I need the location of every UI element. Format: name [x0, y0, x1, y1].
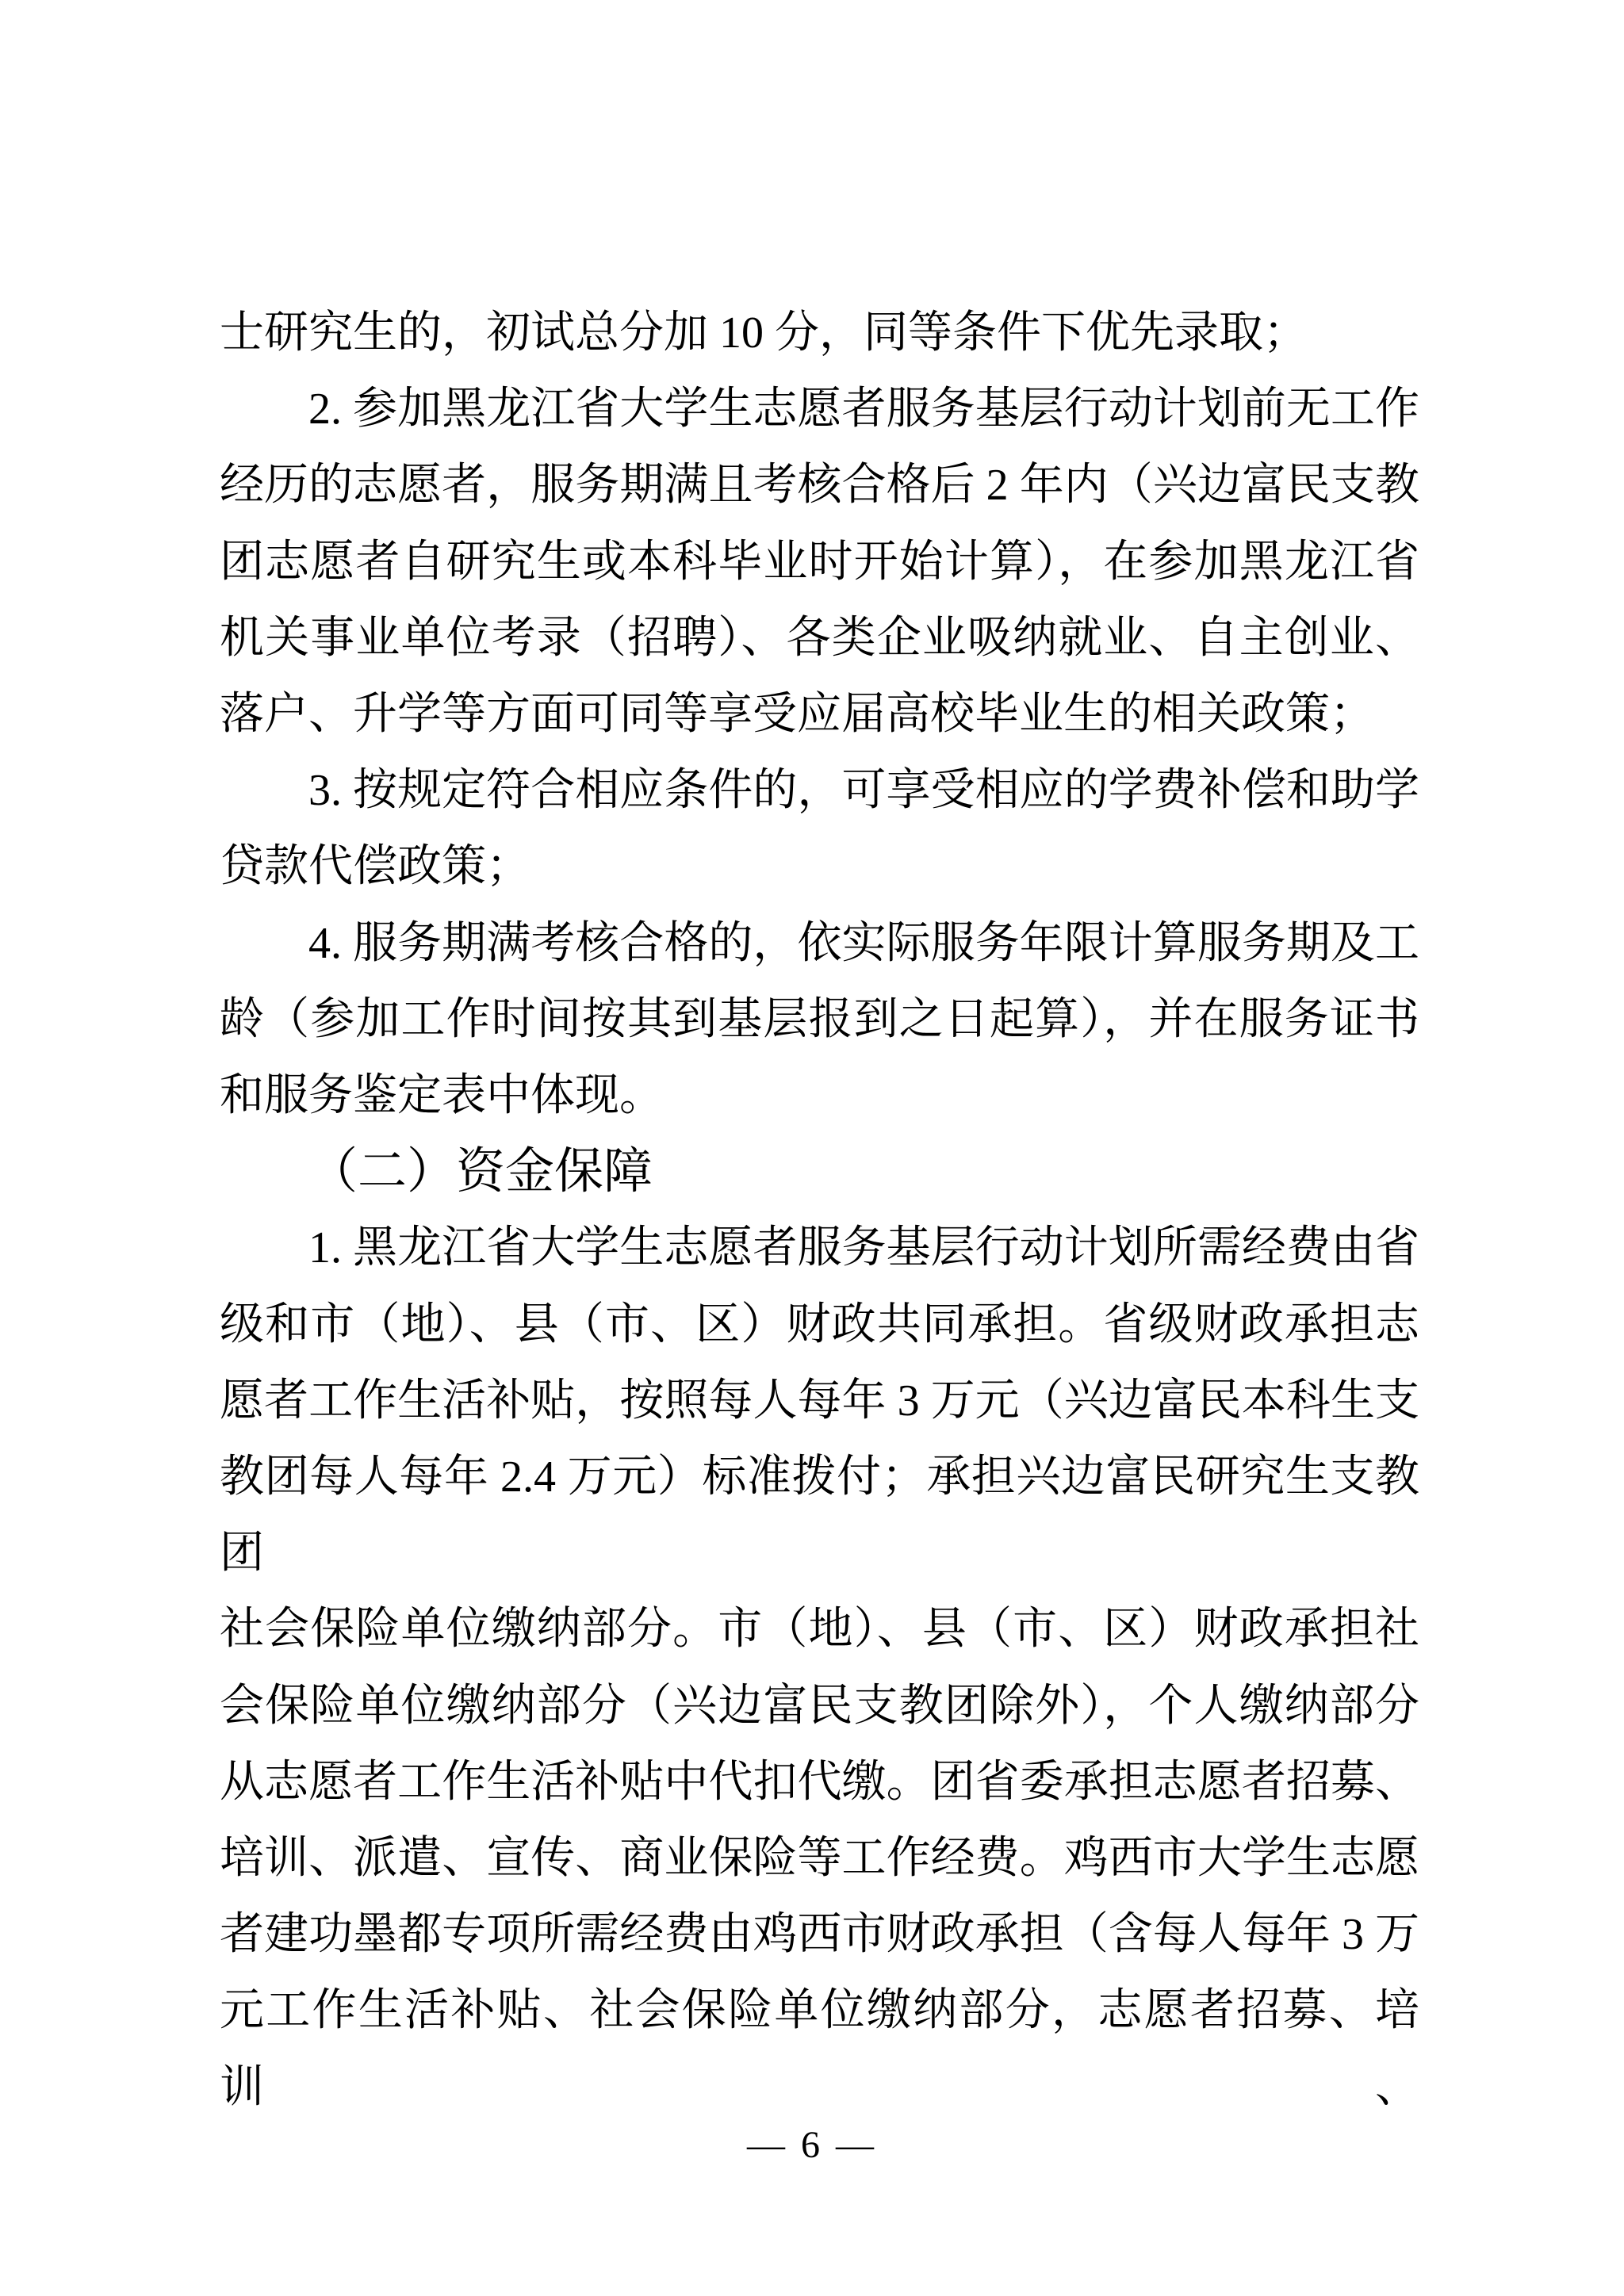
text-line: 3. 按规定符合相应条件的，可享受相应的学费补偿和助学 [220, 752, 1419, 828]
text-line: 社会保险单位缴纳部分。市（地）、县（市、区）财政承担社 [220, 1591, 1419, 1667]
text-line: 级和市（地）、县（市、区）财政共同承担。省级财政承担志 [220, 1287, 1419, 1363]
text-line: 愿者工作生活补贴，按照每人每年 3 万元（兴边富民本科生支 [220, 1363, 1419, 1439]
page-footer: — 6 — [0, 2122, 1624, 2169]
document-page: 士研究生的，初试总分加 10 分，同等条件下优先录取； 2. 参加黑龙江省大学生… [0, 0, 1624, 2296]
text-line: 机关事业单位考录（招聘）、各类企业吸纳就业、自主创业、 [220, 600, 1419, 676]
text-line: 从志愿者工作生活补贴中代扣代缴。团省委承担志愿者招募、 [220, 1744, 1419, 1820]
text-line: 士研究生的，初试总分加 10 分，同等条件下优先录取； [220, 295, 1419, 371]
text-line: 2. 参加黑龙江省大学生志愿者服务基层行动计划前无工作 [220, 371, 1419, 447]
text-line: 者建功墨都专项所需经费由鸡西市财政承担（含每人每年 3 万 [220, 1896, 1419, 1973]
text-line: 会保险单位缴纳部分（兴边富民支教团除外），个人缴纳部分 [220, 1668, 1419, 1744]
text-line: 教团每人每年 2.4 万元）标准拨付；承担兴边富民研究生支教团 [220, 1439, 1419, 1591]
page-number: — 6 — [747, 2124, 877, 2166]
section-heading: （二）资金保障 [220, 1134, 1419, 1210]
text-line: 龄（参加工作时间按其到基层报到之日起算），并在服务证书 [220, 982, 1419, 1058]
text-line: 贷款代偿政策； [220, 828, 1419, 905]
text-line: 团志愿者自研究生或本科毕业时开始计算），在参加黑龙江省 [220, 524, 1419, 600]
text-line: 元工作生活补贴、社会保险单位缴纳部分，志愿者招募、培训、 [220, 1973, 1419, 2125]
text-line: 培训、派遣、宣传、商业保险等工作经费。鸡西市大学生志愿 [220, 1820, 1419, 1896]
text-line: 和服务鉴定表中体现。 [220, 1058, 1419, 1134]
text-line: 落户、升学等方面可同等享受应届高校毕业生的相关政策； [220, 676, 1419, 752]
text-line: 1. 黑龙江省大学生志愿者服务基层行动计划所需经费由省 [220, 1210, 1419, 1286]
document-body: 士研究生的，初试总分加 10 分，同等条件下优先录取； 2. 参加黑龙江省大学生… [220, 295, 1419, 2126]
text-line: 经历的志愿者，服务期满且考核合格后 2 年内（兴边富民支教 [220, 447, 1419, 523]
text-line: 4. 服务期满考核合格的，依实际服务年限计算服务期及工 [220, 905, 1419, 982]
